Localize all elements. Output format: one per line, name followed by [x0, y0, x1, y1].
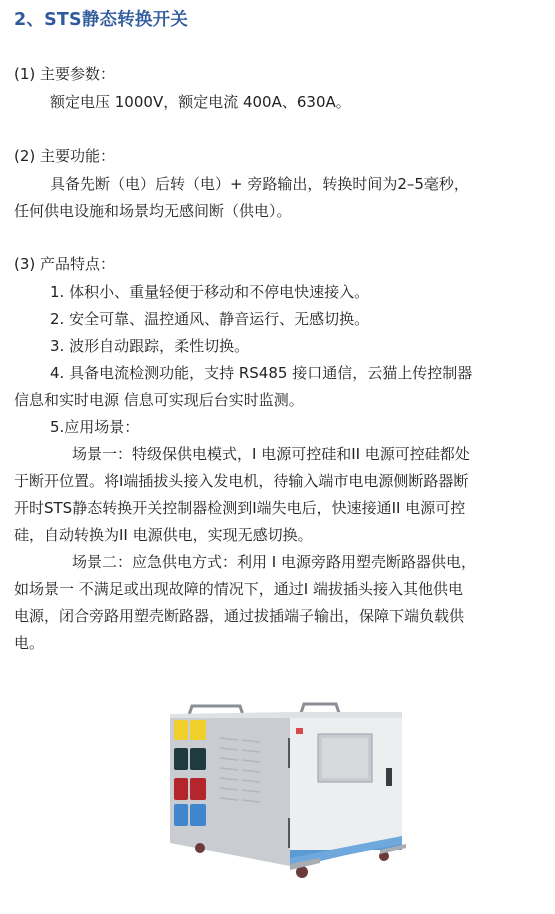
feature-item: 1. 体积小、重量轻便于移动和不停电快速接入。 — [50, 282, 369, 302]
product-image — [170, 698, 410, 883]
feature-item: 5.应用场景： — [50, 417, 139, 437]
scenario-two: 场景二：应急供电方式：利用 I 电源旁路用塑壳断路器供电， — [72, 552, 476, 572]
functions-title: (2) 主要功能： — [14, 146, 115, 166]
scenario-one: 硅，自动转换为II 电源供电，实现无感切换。 — [14, 525, 313, 545]
functions-line: 具备先断（电）后转（电）+ 旁路输出，转换时间为2–5毫秒， — [50, 174, 469, 194]
features-title: (3) 产品特点： — [14, 254, 115, 274]
section-heading: 2、STS静态转换开关 — [14, 6, 188, 31]
feature-item: 4. 具备电流检测功能，支持 RS485 接口通信，云猫上传控制器 — [50, 363, 472, 383]
scenario-two: 电。 — [14, 633, 44, 653]
sts-switch-illustration — [170, 698, 410, 883]
scenario-one: 开时STS静态转换开关控制器检测到I端失电后，快速接通II 电源可控 — [14, 498, 465, 518]
feature-item: 信息和实时电源 信息可实现后台实时监测。 — [14, 390, 304, 410]
scenario-two: 电源，闭合旁路用塑壳断路器，通过拔插端子输出，保障下端负载供 — [14, 606, 464, 626]
scenario-one: 于断开位置。将I端插拔头接入发电机，待输入端市电电源侧断路器断 — [14, 471, 468, 491]
functions-line: 任何供电设施和场景均无感间断（供电）。 — [14, 201, 292, 221]
feature-item: 2. 安全可靠、温控通风、静音运行、无感切换。 — [50, 309, 369, 329]
params-line: 额定电压 1000V，额定电流 400A、630A。 — [50, 92, 351, 112]
feature-item: 3. 波形自动跟踪，柔性切换。 — [50, 336, 249, 356]
scenario-two: 如场景一 不满足或出现故障的情况下，通过I 端拔插头接入其他供电 — [14, 579, 463, 599]
scenario-one: 场景一：特级保供电模式，I 电源可控硅和II 电源可控硅都处 — [72, 444, 470, 464]
params-title: (1) 主要参数： — [14, 64, 115, 84]
